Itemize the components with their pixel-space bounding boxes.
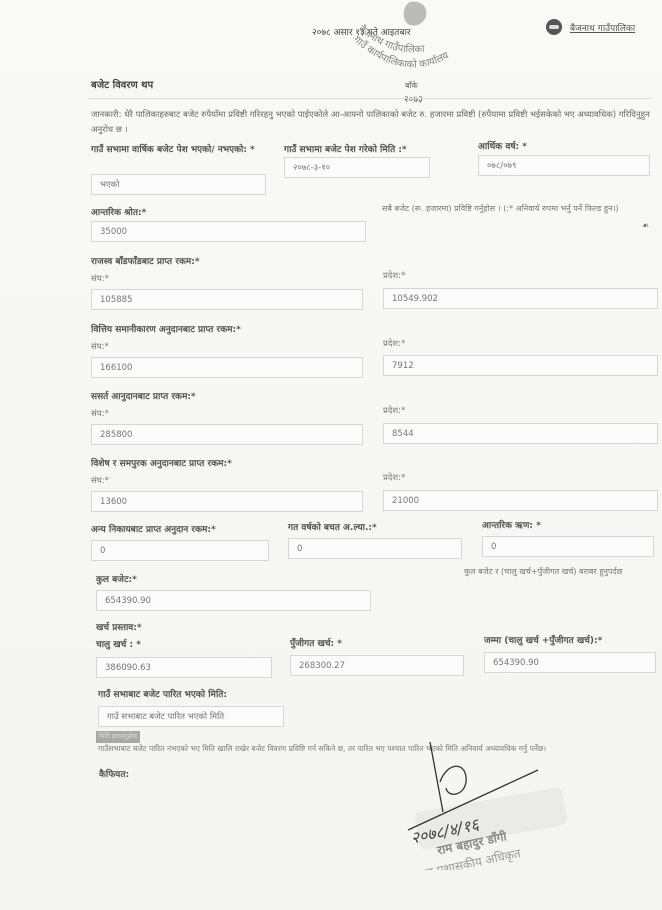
info-notice: जानकारी: धेरै पालिकाहरुबाट बजेट रुपैयाँम… (91, 108, 651, 138)
remarks-label: कैफियत: (99, 768, 129, 782)
approved-date-label: गाउँ सभाबाट बजेट पारित भएको मिति: (98, 688, 227, 702)
capital-expense-label: पुँजीगत खर्च: * (290, 637, 342, 651)
current-expense-label: चालु खर्च : * (96, 638, 141, 652)
total-equality-note: कुल बजेट र (चालु खर्च+पुँजीगत खर्च) बराब… (464, 566, 622, 577)
revenue-sharing-province-field[interactable] (383, 288, 658, 309)
revenue-sharing-province-label: प्रदेश:* (383, 270, 405, 281)
expense-total-field[interactable] (484, 652, 656, 673)
presented-date-field[interactable] (284, 157, 430, 178)
presented-date-label: गाउँ सभामा बजेट पेश गरेको मिति :* (284, 143, 407, 157)
special-grant-label: विशेष र समपुरक अनुदानबाट प्राप्त रकम:* (91, 457, 232, 471)
signature-stamp: २०७८/४/१६ राम बहादुर डाँगी प्रमुख प्रशास… (388, 740, 568, 870)
other-agency-grant-field[interactable] (91, 540, 269, 561)
revenue-sharing-label: राजस्व बाँडफाँडबाट प्राप्त रकम:* (91, 255, 200, 269)
conditional-grant-province-label: प्रदेश:* (383, 405, 405, 416)
last-year-savings-field[interactable] (288, 538, 462, 559)
fiscal-year-label: आर्थिक वर्ष: * (478, 140, 527, 154)
nepal-emblem-icon (546, 19, 562, 35)
other-agency-grant-label: अन्य निकायबाट प्राप्त अनुदान रकम:* (91, 523, 216, 537)
budget-presented-label: गाउँ सभामा वार्षिक बजेट पेश भएको/ नभएको:… (91, 143, 271, 157)
fiscal-equalization-province-label: प्रदेश:* (383, 338, 405, 349)
total-budget-label: कुल बजेट:* (96, 573, 137, 587)
fiscal-equalization-federal-label: संघ:* (91, 341, 109, 352)
total-budget-field[interactable] (96, 590, 371, 611)
internal-loan-field[interactable] (482, 536, 654, 557)
last-year-savings-label: गत वर्षको बचत अ.ल्या.:* (288, 521, 377, 535)
instruction-note: सबै बजेट (रू. हजारमा) प्रविष्टि गर्नुहोस… (382, 203, 619, 214)
fiscal-equalization-province-field[interactable] (383, 355, 658, 376)
municipality-name-link[interactable]: बैजनाथ गाउँपालिका (570, 21, 635, 34)
internal-source-field[interactable] (91, 221, 366, 242)
svg-text:२०७३: २०७३ (404, 95, 423, 105)
budget-presented-field[interactable] (91, 174, 266, 195)
revenue-sharing-federal-label: संघ:* (91, 273, 109, 284)
approved-date-field[interactable] (98, 706, 284, 727)
fiscal-equalization-label: वित्तिय समानीकारण अनुदानबाट प्राप्त रकम:… (91, 323, 241, 337)
svg-text:राम बहादुर डाँगी: राम बहादुर डाँगी (435, 829, 509, 859)
svg-text:प्रमुख प्रशासकीय अधिकृत: प्रमुख प्रशासकीय अधिकृत (409, 846, 523, 870)
conditional-grant-province-field[interactable] (383, 423, 658, 444)
page-title: बजेट विवरण थप (91, 77, 153, 91)
expense-total-label: जम्मा (चालु खर्च +पुँजीगत खर्च):* (484, 634, 602, 648)
special-grant-federal-field[interactable] (91, 491, 363, 512)
approved-date-note: गाउँसभाबाट बजेट पारित नभएको भए मिति खालि… (98, 744, 546, 754)
internal-source-label: आन्तरिक श्रोत:* (91, 206, 146, 220)
clear-date-button[interactable]: मिति हटाउनुहोस (96, 731, 140, 743)
divider (88, 98, 652, 99)
fiscal-year-field[interactable] (478, 155, 650, 176)
special-grant-province-field[interactable] (383, 490, 658, 511)
expense-proposal-label: खर्च प्रस्ताव:* (96, 621, 142, 635)
svg-text:गाउँ कार्यपालिकाको कार्यालय: गाउँ कार्यपालिकाको कार्यालय (351, 34, 451, 70)
svg-text:बाँके: बाँके (405, 80, 419, 90)
special-grant-province-label: प्रदेश:* (383, 472, 405, 483)
special-grant-federal-label: संघ:* (91, 475, 109, 486)
print-date: २०७८ असार १३ गते आइतबार (312, 25, 411, 38)
current-expense-field[interactable] (96, 657, 272, 678)
office-stamp: बैजनाथ गाउँपालिका गाउँ कार्यपालिकाको कार… (348, 0, 478, 105)
conditional-grant-federal-label: संघ:* (91, 408, 109, 419)
municipality-brand[interactable]: बैजनाथ गाउँपालिका (546, 19, 635, 35)
revenue-sharing-federal-field[interactable] (91, 289, 363, 310)
internal-loan-label: आन्तरिक ऋण: * (482, 519, 541, 533)
paw-icon: ☙ (642, 221, 649, 230)
scanned-page: २०७८ असार १३ गते आइतबार बैजनाथ गाउँपालिक… (0, 0, 662, 910)
conditional-grant-federal-field[interactable] (91, 424, 363, 445)
conditional-grant-label: ससर्त आनुदानबाट प्राप्त रकम:* (91, 390, 196, 404)
fiscal-equalization-federal-field[interactable] (91, 357, 363, 378)
svg-text:२०७८/४/१६: २०७८/४/१६ (409, 815, 481, 848)
capital-expense-field[interactable] (290, 655, 464, 676)
